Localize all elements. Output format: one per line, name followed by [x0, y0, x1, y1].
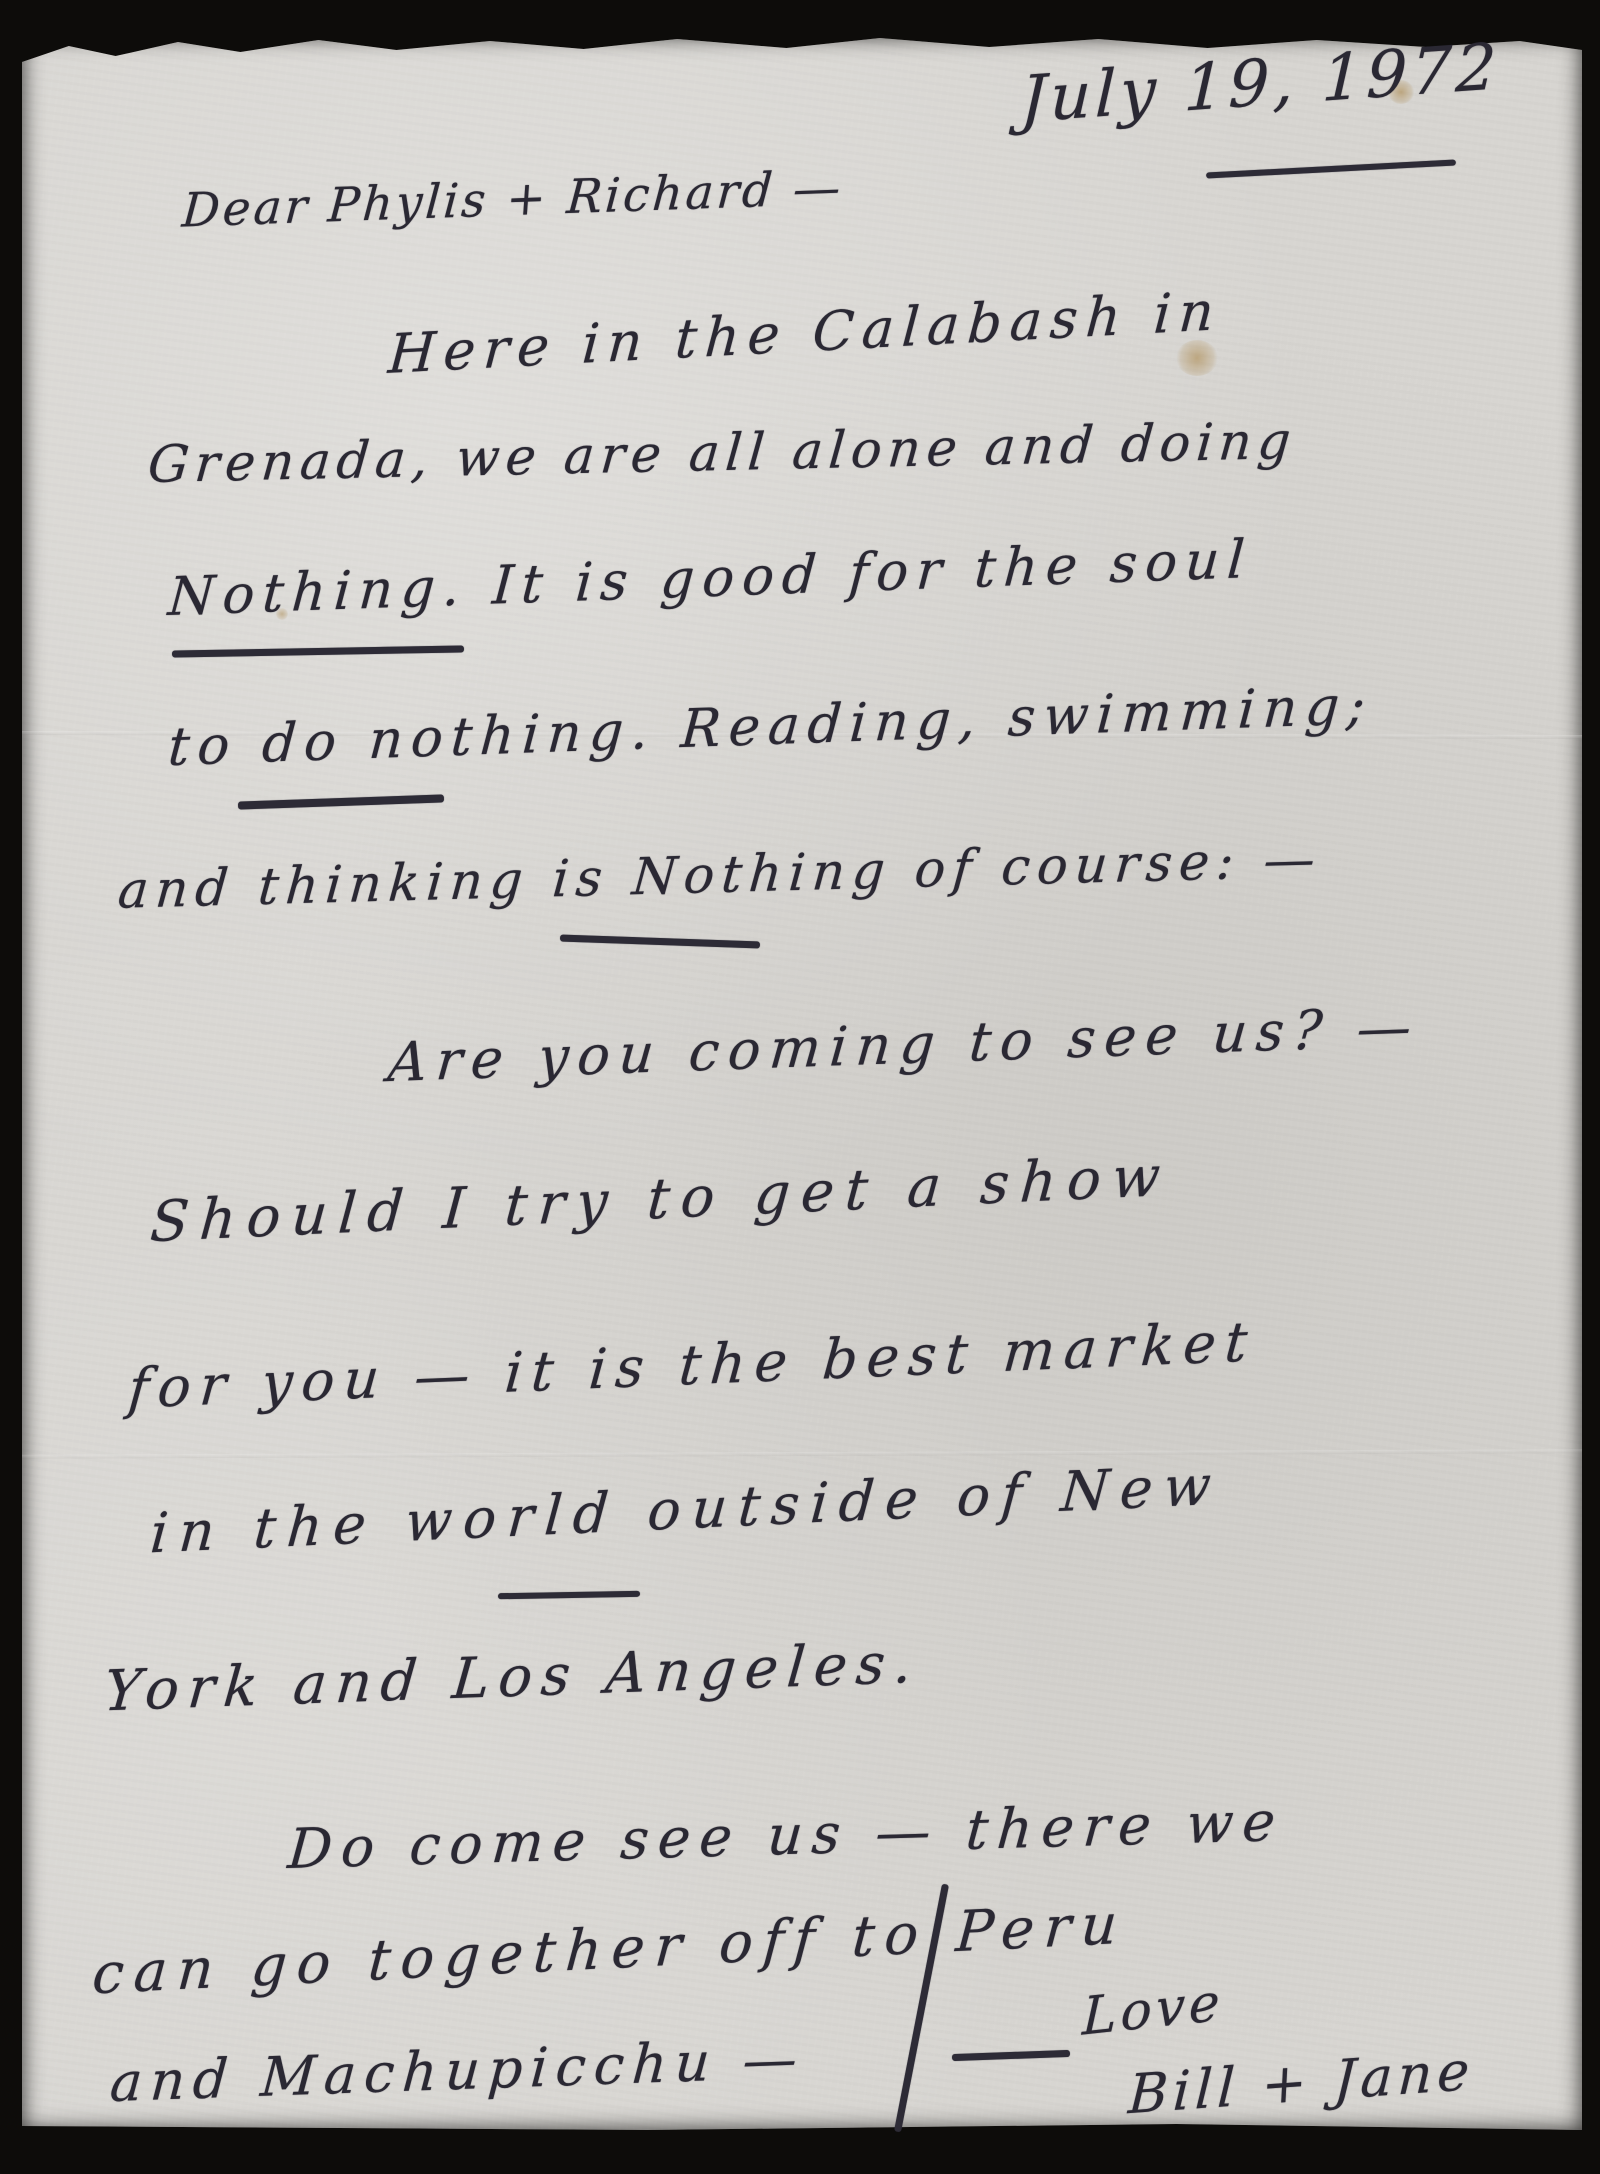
scanned-letter: July 19, 1972 Dear Phylis + Richard — He…	[0, 0, 1600, 2174]
closing-line: Love	[1081, 1976, 1224, 2043]
stain-spot	[1176, 340, 1218, 376]
